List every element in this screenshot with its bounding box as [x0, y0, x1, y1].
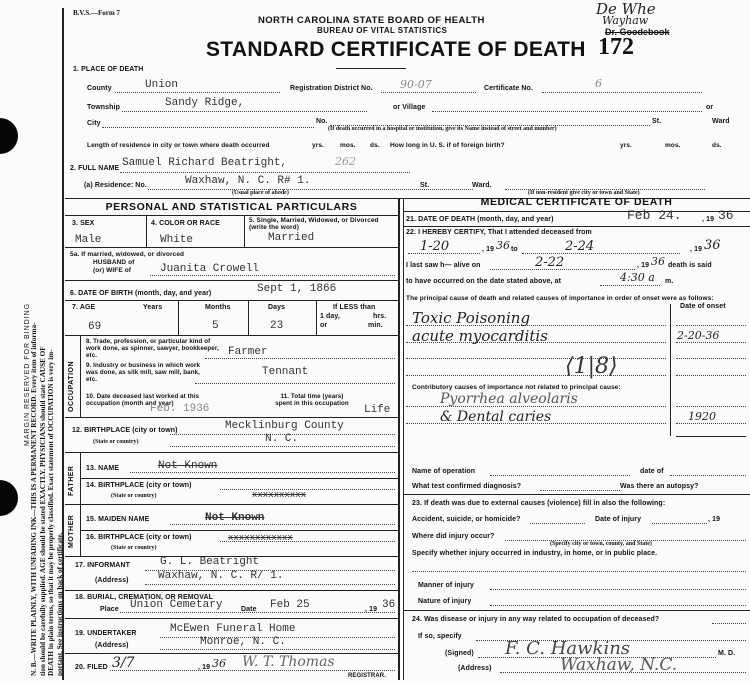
onset-2: 2-20-36 — [677, 329, 719, 342]
hospital-note: (If death occurred in a hospital or inst… — [328, 126, 557, 132]
color-label: 4. COLOR OR RACE — [151, 220, 220, 227]
registrar-signature: W. T. Thomas — [242, 654, 335, 670]
dob-value: Sept 1, 1866 — [257, 283, 336, 295]
time-of-death-value: 4:30 a — [620, 271, 655, 284]
undertaker-label: 19. UNDERTAKER — [75, 630, 137, 637]
day-label: 1 day, — [320, 313, 340, 320]
margin-rule — [62, 8, 64, 680]
title-underline — [336, 68, 406, 69]
undertaker-address-value: Monroe, N. C. — [200, 636, 286, 648]
birthplace-state-label: (State or country) — [93, 439, 139, 445]
where-label: Where did injury occur? — [412, 533, 494, 540]
father-birthplace-label: 14. BIRTHPLACE (city or town) — [86, 482, 192, 489]
undertaker-address-label: (Address) — [95, 642, 129, 649]
reg-district-label: Registration District No. — [290, 85, 373, 92]
cause-2: acute myocarditis — [412, 327, 548, 345]
father-name-value: Not Known — [158, 460, 217, 472]
punch-hole-bottom — [0, 480, 18, 516]
father-name-label: 13. NAME — [86, 465, 119, 472]
sex-value: Male — [75, 234, 101, 246]
attended-to-value: 2-24 — [565, 239, 594, 254]
nature-label: Nature of injury — [418, 598, 471, 605]
hrs-label: hrs. — [373, 313, 386, 320]
last-saw-year-value: 36 — [651, 255, 665, 268]
filed-date-value: 3/7 — [112, 655, 135, 671]
contrib-onset-2: 1920 — [688, 410, 716, 423]
abode-note: (Usual place of abode) — [232, 190, 289, 196]
external-label: 23. If death was due to external causes … — [412, 500, 665, 507]
birthplace-city-value: Mecklinburg County — [225, 420, 344, 432]
reg-district-value: 90-07 — [400, 78, 432, 91]
certificate-title: STANDARD CERTIFICATE OF DEATH — [206, 38, 586, 62]
foreign-ds-label: ds. — [712, 142, 722, 149]
residence-label: (a) Residence: No. — [84, 182, 147, 189]
color-value: White — [160, 234, 193, 246]
years-label: Years — [143, 304, 162, 311]
industry-label: 9. Industry or business in which work wa… — [86, 362, 211, 383]
autopsy-label: Was there an autopsy? — [620, 483, 698, 490]
last-saw-label: I last saw h— alive on — [406, 262, 481, 269]
or-label: or — [706, 104, 713, 111]
occupation-related-label: 24. Was disease or injury in any way rel… — [412, 616, 659, 623]
county-value: Union — [145, 79, 178, 91]
informant-value: G. L. Beatright — [160, 556, 259, 568]
annotation-struck: Dr. Goodebook — [605, 27, 670, 37]
cause-stamp: ⟨1|8⟩ — [565, 354, 618, 379]
death-said-label: death is said — [668, 262, 712, 269]
ward-label: Ward — [712, 118, 730, 125]
contrib-2: & Dental caries — [440, 409, 551, 425]
bureau-title: BUREAU OF VITAL STATISTICS — [317, 26, 447, 35]
attended-from-value: 1-20 — [420, 239, 449, 254]
spouse-label-2: HUSBAND of — [93, 259, 134, 266]
manner-label: Manner of injury — [418, 582, 474, 589]
birthplace-state-value: N. C. — [265, 433, 298, 445]
physician-address-value: Waxhaw, N.C. — [560, 655, 677, 675]
mother-birthplace-value: xxxxxxxxxxxx — [228, 533, 293, 543]
birthplace-label: 12. BIRTHPLACE (city or town) — [72, 427, 178, 434]
filed-year-prefix: , 19 — [198, 664, 210, 671]
months-label: Months — [205, 304, 230, 311]
burial-place-label: Place — [100, 606, 119, 613]
last-saw-value: 2-22 — [535, 255, 564, 270]
st-label: St. — [652, 118, 661, 125]
personal-heading: PERSONAL AND STATISTICAL PARTICULARS — [65, 201, 398, 213]
mother-birthplace-state-label: (State or country) — [111, 545, 157, 551]
date-of-death-label: 21. DATE OF DEATH (month, day, and year) — [406, 216, 554, 223]
occurred-at-label: to have occurred on the date stated abov… — [406, 278, 561, 285]
dod-year-value: 36 — [718, 208, 734, 223]
to-year-value: 36 — [704, 238, 721, 253]
injury-date-label: Date of injury — [595, 516, 641, 523]
registrar-label: REGISTRAR. — [348, 673, 386, 679]
signed-label: (Signed) — [445, 650, 474, 657]
father-birthplace-state-label: (State or country) — [111, 493, 157, 499]
filed-year-value: 36 — [212, 657, 226, 670]
certificate-no-value: 6 — [595, 77, 602, 90]
residence-value: Waxhaw, N. C. R# 1. — [185, 175, 310, 187]
foreign-yrs-label: yrs. — [620, 142, 632, 149]
township-label: Township — [87, 104, 120, 111]
burial-date-value: Feb 25 — [270, 599, 310, 611]
days-label: Days — [268, 304, 285, 311]
age-days-value: 23 — [270, 320, 283, 332]
mother-vertical-label: MOTHER — [68, 515, 75, 548]
annotation-place: Wayhaw — [602, 14, 648, 27]
no-label: No. — [316, 118, 328, 125]
township-value: Sandy Ridge, — [165, 97, 244, 109]
burial-year-prefix: , 19 — [365, 606, 377, 613]
center-divider — [398, 198, 400, 680]
date-of-death-value: Feb 24. — [627, 208, 682, 223]
form-id: B.V.S.—Form 7 — [73, 9, 120, 17]
last-saw-year-prefix: , 19 — [637, 262, 649, 269]
dob-label: 6. DATE OF BIRTH (month, day, and year) — [70, 290, 211, 297]
certificate-number: 172 — [598, 34, 634, 61]
total-time-label: 11. Total time (years) spent in this occ… — [272, 393, 352, 407]
burial-year-value: 36 — [382, 599, 395, 611]
certify-label: 22. I HEREBY CERTIFY, That I attended de… — [406, 229, 592, 236]
industry-value: Tennant — [262, 366, 308, 378]
principal-cause-label: The principal cause of death and related… — [406, 295, 746, 303]
informant-label: 17. INFORMANT — [75, 562, 130, 569]
spouse-value: Juanita Crowell — [160, 263, 259, 275]
burial-date-label: Date — [241, 606, 257, 613]
place-of-death-label: 1. PLACE OF DEATH — [73, 66, 143, 73]
mother-birthplace-label: 16. BIRTHPLACE (city or town) — [86, 534, 192, 541]
punch-hole-top — [0, 118, 18, 154]
spouse-label-3: (or) WIFE of — [93, 267, 131, 274]
father-vertical-label: FATHER — [68, 466, 75, 496]
last-worked-value: Feb. 1936 — [150, 403, 209, 415]
mos-label: mos. — [340, 142, 356, 149]
mother-name-label: 15. MAIDEN NAME — [86, 516, 149, 523]
m-label: m. — [665, 278, 673, 285]
county-label: County — [87, 85, 112, 92]
specify-label: Specify whether injury occurred in indus… — [412, 550, 657, 557]
yrs-label: yrs. — [312, 142, 324, 149]
full-name-label: 2. FULL NAME — [70, 165, 119, 172]
medical-heading: MEDICAL CERTIFICATE OF DEATH — [403, 196, 750, 208]
father-birthplace-value: xxxxxxxxxx — [252, 490, 306, 500]
min-label: min. — [368, 322, 383, 329]
operation-label: Name of operation — [412, 468, 475, 475]
date-of-label: date of — [640, 468, 664, 475]
from-year-value: 36 — [496, 239, 510, 252]
contrib-1: Pyorrhea alveolaris — [440, 391, 578, 407]
physician-address-label: (Address) — [458, 665, 492, 672]
from-year-prefix: , 19 — [482, 246, 494, 253]
age-years-value: 69 — [88, 321, 101, 333]
certificate-no-label: Certificate No. — [484, 85, 533, 92]
residence-length-label: Length of residence in city or town wher… — [87, 142, 270, 149]
full-name-value: Samuel Richard Beatright, — [122, 157, 287, 169]
full-name-note: 262 — [335, 155, 356, 168]
occupation-vertical-label: OCCUPATION — [68, 361, 75, 412]
if-so-label: If so, specify — [418, 633, 462, 640]
residence-ward-label: Ward. — [472, 182, 492, 189]
ds-label: ds. — [370, 142, 380, 149]
burial-place-value: Union Cemetary — [130, 599, 222, 611]
city-label: City — [87, 120, 101, 127]
to-year-prefix: , 19 — [690, 246, 702, 253]
marital-label: 5. Single, Married, Widowed, or Divorced… — [249, 217, 397, 231]
spouse-label-1: 5a. If married, widowed, or divorced — [70, 251, 184, 258]
age-months-value: 5 — [212, 320, 219, 332]
agency-title: NORTH CAROLINA STATE BOARD OF HEALTH — [258, 15, 485, 26]
where-note: (Specify city or town, county, and State… — [550, 541, 652, 547]
less-than-label: If LESS than — [333, 304, 375, 311]
undertaker-value: McEwen Funeral Home — [170, 623, 295, 635]
mother-name-value: Not Known — [205, 512, 264, 524]
md-label: M. D. — [718, 650, 735, 657]
test-label: What test confirmed diagnosis? — [412, 483, 521, 490]
accident-label: Accident, suicide, or homicide? — [412, 516, 521, 523]
trade-value: Farmer — [228, 346, 268, 358]
village-label: or Village — [393, 104, 425, 111]
foreign-mos-label: mos. — [665, 142, 681, 149]
marital-value: Married — [268, 232, 314, 244]
cause-1: Toxic Poisoning — [412, 309, 530, 327]
sex-label: 3. SEX — [72, 220, 94, 227]
total-time-value: Life — [364, 404, 390, 416]
trade-label: 8. Trade, profession, or particular kind… — [86, 338, 221, 359]
informant-address-label: (Address) — [95, 577, 129, 584]
onset-label: Date of onset — [680, 303, 726, 310]
margin-instructions: N. B.—WRITE PLAINLY, WITH UNFADING INK—T… — [30, 323, 64, 676]
or-min-label: or — [320, 322, 327, 329]
residence-st-label: St. — [420, 182, 429, 189]
filed-label: 20. FILED — [75, 664, 108, 671]
dod-year-prefix: , 19 — [702, 216, 714, 223]
age-label: 7. AGE — [72, 304, 95, 311]
to-label: to — [511, 246, 518, 253]
injury-year-prefix: , 19 — [708, 516, 720, 523]
informant-address-value: Waxhaw, N. C. R/ 1. — [158, 570, 283, 582]
foreign-birth-label: How long in U. S. if of foreign birth? — [390, 142, 505, 149]
